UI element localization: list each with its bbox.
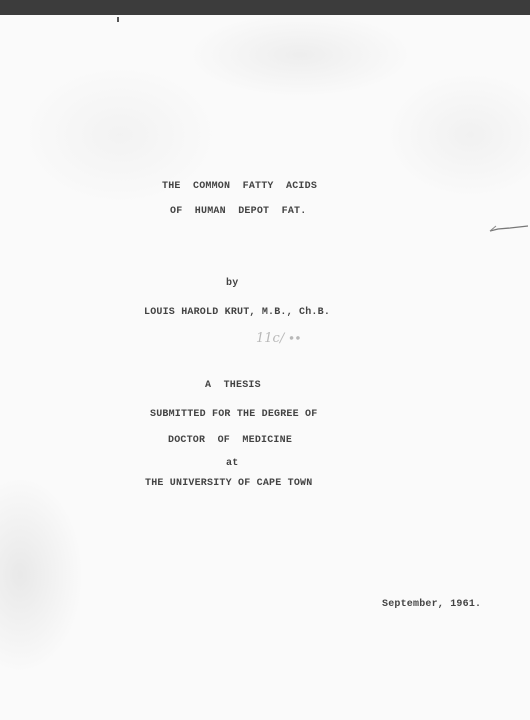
university-line: THE UNIVERSITY OF CAPE TOWN <box>145 478 312 489</box>
date-line: September, 1961. <box>382 599 481 610</box>
title-line-1: THE COMMON FATTY ACIDS <box>162 181 317 192</box>
pencil-arrow-mark <box>488 220 530 234</box>
handwritten-note: 11c/ ∙∙ <box>256 331 301 346</box>
submitted-line: SUBMITTED FOR THE DEGREE OF <box>150 409 317 420</box>
degree-line: DOCTOR OF MEDICINE <box>168 435 292 446</box>
ink-speck <box>117 17 119 22</box>
thesis-label: A THESIS <box>205 380 261 391</box>
document-page: THE COMMON FATTY ACIDS OF HUMAN DEPOT FA… <box>0 15 530 720</box>
title-line-2: OF HUMAN DEPOT FAT. <box>170 206 306 217</box>
by-line: by <box>226 278 238 289</box>
viewer-top-bar <box>0 0 530 15</box>
at-line: at <box>226 458 238 469</box>
author-line: LOUIS HAROLD KRUT, M.B., Ch.B. <box>144 307 330 318</box>
